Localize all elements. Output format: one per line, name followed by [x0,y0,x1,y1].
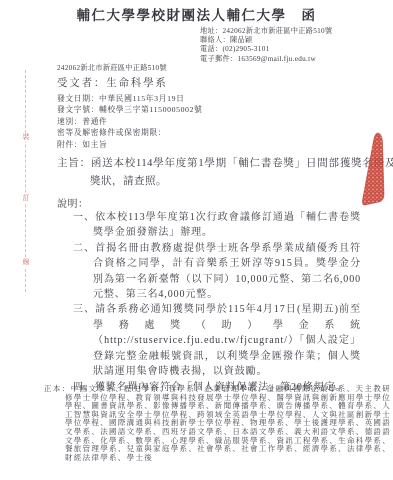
subject-line: 主旨：函送本校114學年度第1學期「輔仁書卷獎」日間部獲獎名冊及獎狀，請查照。 [57,155,393,190]
recipient-line: 受文者：生命科學系 [57,75,357,90]
meta-secrecy: 密等及解密條件或保密期限： [57,127,357,138]
item-number: 三、 [73,304,95,315]
letter-body: 242062新北市新莊區中正路510號 受文者：生命科學系 發文日期：中華民國1… [57,63,357,395]
explanation-item-1: 一、依本校113學年度第1次行政會議修訂通過「輔仁書卷獎獎學金頒發辦法」辦理。 [73,210,361,241]
subject-text: 函送本校114學年度第1學期「輔仁書卷獎」日間部獲獎名冊及獎狀，請查照。 [90,158,393,187]
explanation-label: 說明： [57,195,357,210]
item-text: 請各系務必通知獲獎同學於115年4月17日(星期五)前至學務處獎（助）學金系統 [93,304,361,330]
subject-label: 主旨： [57,158,91,169]
binding-mark-xian: 線 [21,258,31,267]
binding-mark-ding: 訂 [21,194,31,203]
contact-phone: 電話：(02)2905-3101 [200,45,332,54]
official-letter-page: 輔仁大學學校財團法人輔仁大學 函 地址：242062新北市新莊區中正路510號 … [0,0,393,480]
official-red-stamp-icon [356,132,388,208]
copy-list: 中國文學系、歷史學系、哲學系、企業管理學系、金融與國際企業學系、天主教研修學士學… [65,384,391,462]
explanation-item-2: 二、首揭名冊由教務處提供學士班各學系學業成績優秀且符合資格之同學，計有音樂系王妍… [73,241,361,303]
explanation-item-3: 三、請各系務必通知獲獎同學於115年4月17日(星期五)前至學務處獎（助）學金系… [73,302,361,379]
grant-system-url: （http://stuservice.fju.edu.tw/fjcugrant/… [93,335,299,346]
meta-speed: 速別：普通件 [57,116,357,127]
item-number: 二、 [73,243,95,254]
recipient-address: 242062新北市新莊區中正路510號 [57,63,357,73]
meta-attachment: 附件：如主旨 [57,139,357,150]
binding-mark-zhuang: 裝 [21,133,31,142]
contact-address: 地址：242062新北市新莊區中正路510號 [200,27,332,36]
document-title: 輔仁大學學校財團法人輔仁大學 函 [0,4,393,24]
item-number: 一、 [73,212,95,223]
item-text: 首揭名冊由教務處提供學士班各學系學業成績優秀且符合資格之同學，計有音樂系王妍淳等… [93,243,361,300]
meta-number: 發文字號：輔校學三字第1150005002號 [57,104,357,115]
contact-block: 地址：242062新北市新莊區中正路510號 聯絡人：陳品穎 電話：(02)29… [200,27,332,64]
meta-date: 發文日期：中華民國115年3月19日 [57,93,357,104]
copy-recipients: 正本：中國文學系、歷史學系、哲學系、企業管理學系、金融與國際企業學系、天主教研修… [44,385,391,462]
meta-block: 發文日期：中華民國115年3月19日 發文字號：輔校學三字第1150005002… [57,93,357,150]
item-text: 依本校113學年度第1次行政會議修訂通過「輔仁書卷獎獎學金頒發辦法」辦理。 [93,212,361,238]
